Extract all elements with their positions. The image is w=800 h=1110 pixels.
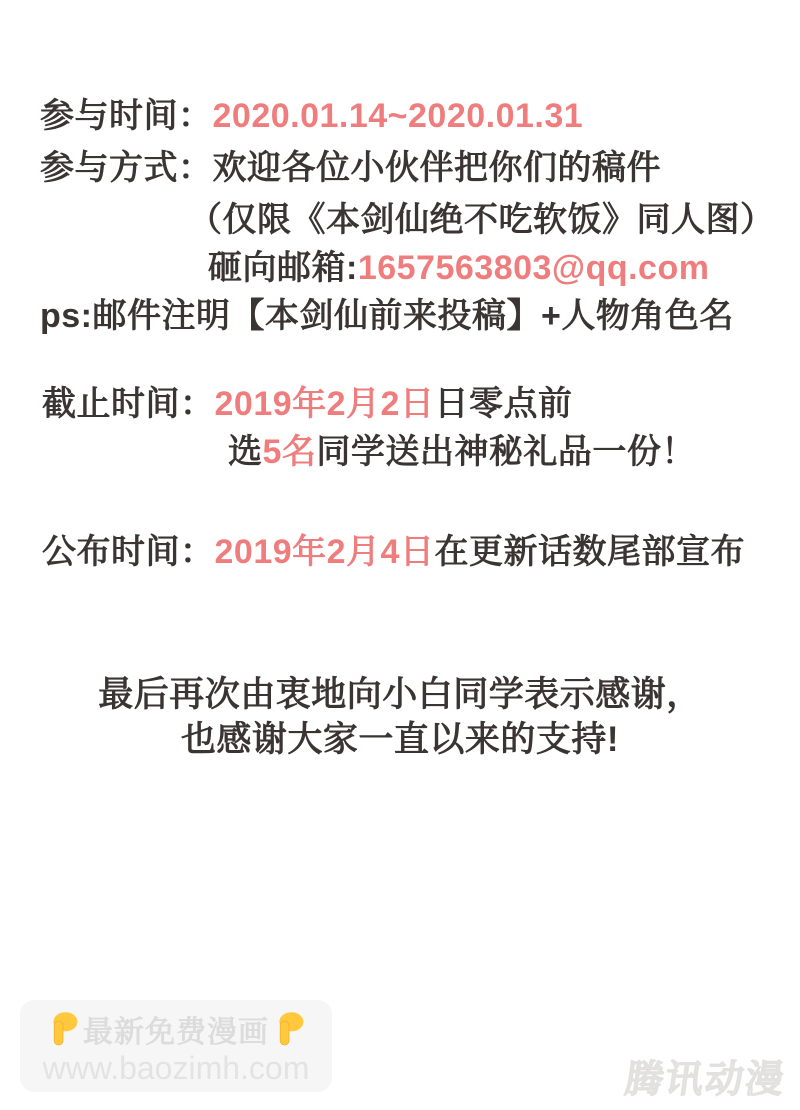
site-watermark: 最新免费漫画 www.baozimh.com (20, 1000, 332, 1092)
announce-time-line: 公布时间：2019年2月4日在更新话数尾部宣布 (42, 532, 745, 573)
ps-note: ps:邮件注明【本剑仙前来投稿】+人物角色名 (40, 296, 734, 337)
announcement-page: { "colors": { "accent": "#ef7d7d", "text… (0, 0, 800, 1110)
deadline-date: 2019年2月2日 (215, 385, 435, 423)
participation-method-label: 参与方式： (40, 149, 213, 187)
email-line: 砸向邮箱:1657563803@qq.com (208, 248, 709, 289)
thanks-line-2: 也感谢大家一直以来的支持! (0, 719, 800, 761)
watermark-banner-row: 最新免费漫画 (47, 1008, 305, 1050)
prize-line: 选5名同学送出神秘礼品一份！ (228, 432, 696, 473)
participation-time-value: 2020.01.14~2020.01.31 (213, 97, 584, 135)
watermark-url: www.baozimh.com (43, 1052, 310, 1084)
announce-time-date: 2019年2月4日 (215, 533, 435, 571)
watermark-banner-text: 最新免费漫画 (83, 1007, 269, 1051)
thanks-line-1: 最后再次由衷地向小白同学表示感谢， (0, 674, 800, 716)
announce-time-suffix: 在更新话数尾部宣布 (434, 533, 745, 571)
participation-method-text: 欢迎各位小伙伴把你们的稿件 (213, 149, 662, 187)
prize-suffix: 同学送出神秘礼品一份！ (316, 433, 696, 471)
prize-prefix: 选 (228, 433, 263, 471)
pointing-down-hand-icon (47, 1010, 79, 1048)
restriction-note: （仅限《本剑仙绝不吃软饭》同人图） (188, 200, 775, 241)
email-label: 砸向邮箱: (208, 249, 358, 287)
participation-time-line: 参与时间：2020.01.14~2020.01.31 (40, 96, 583, 137)
deadline-line: 截止时间：2019年2月2日日零点前 (42, 384, 572, 425)
tencent-comics-logo: 腾讯动漫 (622, 1048, 790, 1103)
participation-time-label: 参与时间： (40, 97, 213, 135)
announce-time-label: 公布时间： (42, 533, 215, 571)
participation-method-line: 参与方式：欢迎各位小伙伴把你们的稿件 (40, 148, 661, 189)
prize-count: 5名 (263, 433, 317, 471)
deadline-suffix: 日零点前 (434, 385, 572, 423)
email-address: 1657563803@qq.com (358, 249, 710, 287)
pointing-down-hand-icon (273, 1010, 305, 1048)
deadline-label: 截止时间： (42, 385, 215, 423)
